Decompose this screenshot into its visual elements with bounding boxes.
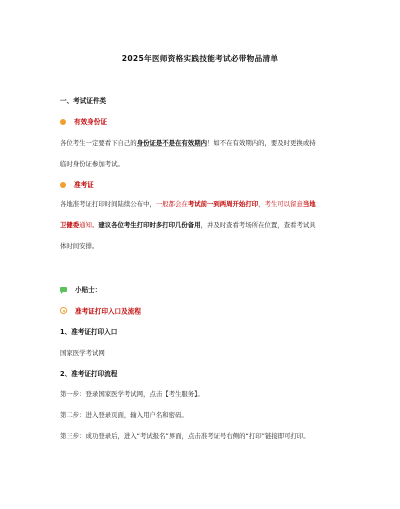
text: 各位考生一定要看下自己的: [60, 139, 137, 147]
step-1: 第一步：登录国家医学考试网，点击【考生服务】。: [60, 390, 204, 398]
red-bold-text: 当地: [303, 200, 316, 208]
paragraph-id-card-line1: 各位考生一定要看下自己的身份证是不是在有效期内！如不在有效期内的，要及时更换或持: [60, 139, 316, 147]
red-text: 通知。: [79, 221, 98, 229]
red-text: ，考生可以留意: [258, 200, 303, 208]
paragraph-ticket-line2: 卫健委通知。建议各位考生打印时多打印几份备用，并及时查看考场所在位置，查看考试具: [60, 221, 316, 229]
subheading-label: 准考证打印入口及流程: [75, 308, 141, 316]
document-title: 2025年医师资格实践技能考试必带物品清单: [0, 55, 400, 63]
paragraph-id-card-line2: 临时身份证参加考试。: [60, 160, 124, 168]
paragraph-ticket-line1: 各地准考证打印时间陆续公布中，一般都会在考试前一到两周开始打印，考生可以留意当地: [60, 200, 316, 208]
item-heading-id-card: 有效身份证: [60, 118, 107, 126]
process-heading: 2、准考证打印流程: [60, 370, 117, 378]
tips-subheading: 准考证打印入口及流程: [60, 307, 141, 316]
chat-bubble-icon: [60, 287, 67, 292]
bold-text: 建议各位考生打印时多打印几份备用: [98, 221, 200, 229]
red-bold-text: 卫健委: [60, 221, 79, 229]
red-text: 一般都会在: [156, 200, 188, 208]
red-bold-text: 考试前一到两周开始打印: [188, 200, 258, 208]
orange-dot-icon: [60, 119, 66, 125]
orange-dot-icon: [60, 182, 66, 188]
emphasis-text: 身份证是不是在有效期内: [137, 139, 207, 147]
tips-label: 小贴士：: [75, 286, 101, 294]
section-heading-certificates: 一、考试证件类: [60, 97, 106, 105]
document-page: 2025年医师资格实践技能考试必带物品清单 一、考试证件类 有效身份证 各位考生…: [0, 0, 400, 509]
text: 各地准考证打印时间陆续公布中，: [60, 200, 156, 208]
item-label: 准考证: [74, 181, 94, 189]
entry-value: 国家医学考试网: [60, 349, 105, 357]
text: ！如不在有效期内的，要及时更换或持: [207, 139, 316, 147]
tips-heading: 小贴士：: [60, 286, 101, 294]
paragraph-ticket-line3: 体时间安排。: [60, 242, 98, 250]
text: ，并及时查看考场所在位置，查看考试具: [201, 221, 316, 229]
entry-heading: 1、准考证打印入口: [60, 328, 117, 336]
step-2: 第二步：进入登录页面，输入用户名和密码。: [60, 411, 188, 419]
item-heading-admission-ticket: 准考证: [60, 181, 94, 189]
item-label: 有效身份证: [74, 118, 107, 126]
target-icon: [60, 307, 67, 314]
step-3: 第三步：成功登录后，进入“考试报名”界面，点击准考证号右侧的“打印”链接即可打印…: [60, 432, 310, 440]
